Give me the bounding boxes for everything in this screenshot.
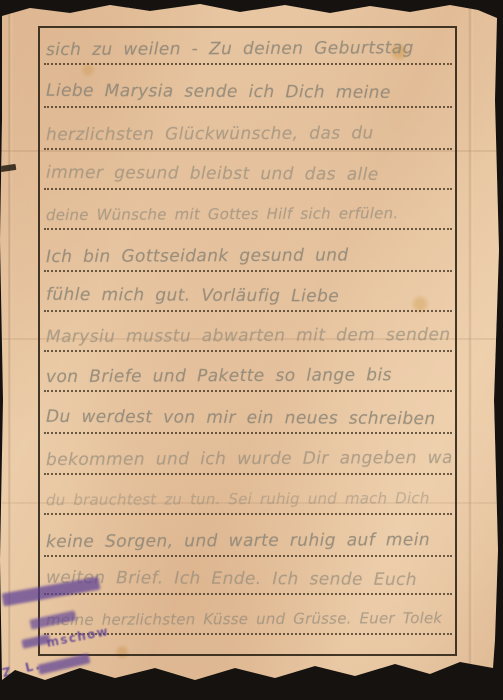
handwriting-line: du brauchtest zu tun. Sei ruhig und mach… <box>46 482 452 516</box>
censor-stamp-smudge <box>38 653 91 674</box>
handwriting-line: keine Sorgen, und warte ruhig auf mein <box>46 524 452 558</box>
handwriting-line: Du werdest von mir ein neues schreiben <box>46 401 452 435</box>
scan-background: sich zu weilen - Zu deinen Geburtstag Li… <box>0 0 503 700</box>
handwriting-line: fühle mich gut. Vorläufig Liebe <box>46 279 452 313</box>
handwriting-line: Liebe Marysia sende ich Dich meine <box>46 75 452 109</box>
handwriting-line: immer gesund bleibst und das alle <box>46 157 452 191</box>
censor-stamp-corner-text: Z. L. <box>1 658 43 681</box>
handwriting-line: sich zu weilen - Zu deinen Geburtstag <box>46 32 452 66</box>
handwriting-line: von Briefe und Pakette so lange bis <box>46 359 452 393</box>
handwriting-line: weiten Brief. Ich Ende. Ich sende Euch <box>46 562 452 596</box>
handwriting-line: Ich bin Gottseidank gesund und <box>46 239 452 273</box>
handwriting-line: deine Wünsche mit Gottes Hilf sich erfül… <box>46 197 452 231</box>
paper-tear-nick <box>0 164 16 172</box>
letter-paper: sich zu weilen - Zu deinen Geburtstag Li… <box>0 0 503 700</box>
handwriting-line: bekommen und ich wurde Dir angeben was <box>46 442 452 476</box>
handwriting-line: herzlichsten Glückwünsche, das du <box>46 117 452 151</box>
handwriting-line: Marysiu musstu abwarten mit dem senden <box>46 319 452 353</box>
